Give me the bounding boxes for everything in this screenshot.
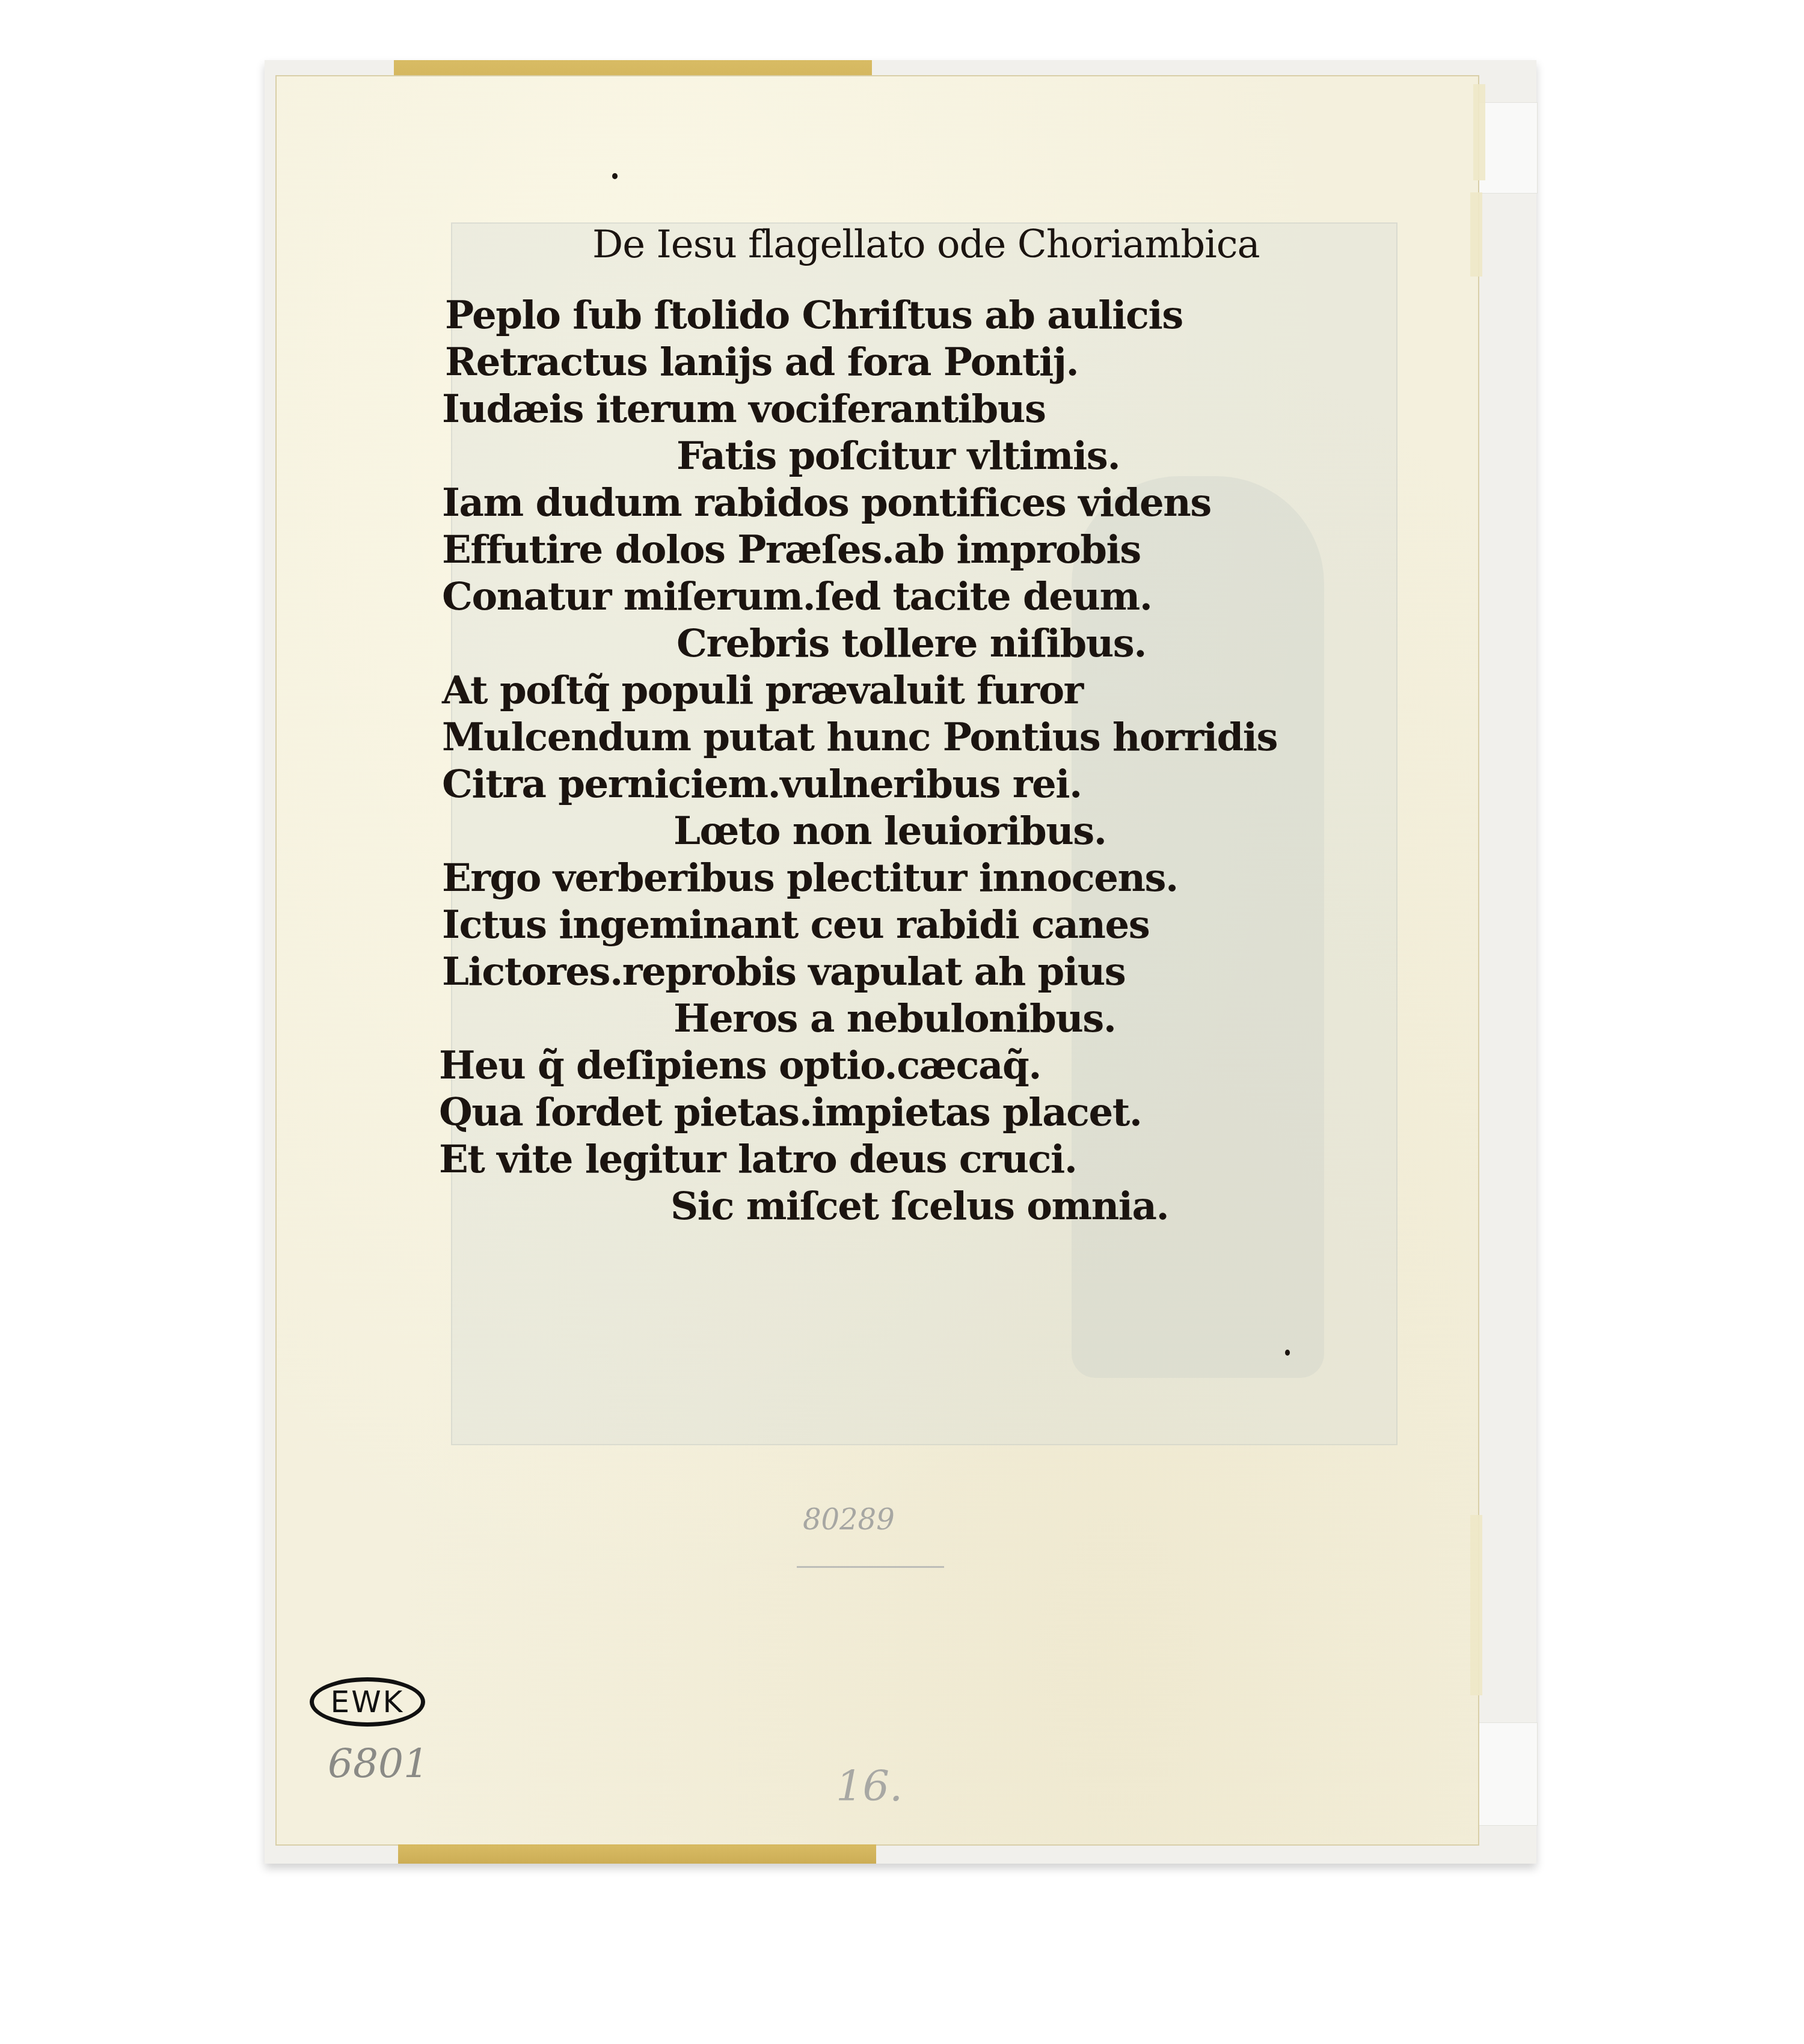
verse-line: Citra perniciem.vulneribus rei. [442, 762, 1082, 807]
cream-hinge-right-bottom [1470, 1515, 1482, 1695]
verse-line: Heros a nebulonibus. [673, 996, 1116, 1041]
verse-line: Et vite legitur latro deus cruci. [439, 1137, 1077, 1182]
ink-speck [612, 173, 618, 179]
cream-hinge-right-top [1473, 84, 1485, 180]
cream-hinge-top [1470, 192, 1482, 277]
verse-line: Iam dudum rabidos pontifices videns [442, 480, 1211, 525]
verse-line: Fatis poſcitur vltimis. [677, 433, 1120, 479]
verse-line: Effutire dolos Præſes.ab improbis [442, 527, 1141, 572]
ink-speck [1285, 1350, 1290, 1356]
verse-line: Mulcendum putat hunc Pontius horridis [442, 715, 1277, 760]
gold-tape-bottom [398, 1844, 876, 1864]
folio-number: 16. [836, 1761, 903, 1811]
verse-line: Sic miſcet ſcelus omnia. [670, 1184, 1168, 1229]
verse-line: Retractus lanijs ad fora Pontij. [445, 340, 1078, 385]
verse-line: Qua ſordet pietas.impietas placet. [439, 1090, 1142, 1135]
collector-stamp: EWK [310, 1677, 425, 1727]
pencil-underline [797, 1566, 944, 1568]
pencil-number: 80289 [803, 1503, 895, 1537]
verse-line: Ergo verberibus plectitur innocens. [442, 855, 1178, 901]
verse-line: Lœto non leuioribus. [673, 809, 1106, 854]
inventory-number: 6801 [328, 1740, 429, 1787]
verse-line: Lictores.reprobis vapulat ah pius [442, 949, 1125, 994]
verse-line: Crebris tollere niſibus. [677, 621, 1146, 666]
verse-line: Conatur miſerum.ſed tacite deum. [442, 574, 1152, 619]
verse-line: Peplo ſub ſtolido Chriſtus ab aulicis [445, 293, 1183, 338]
verse-line: Ictus ingeminant ceu rabidi canes [442, 902, 1149, 947]
poem-title: De Iesu flagellato ode Choriambica [592, 222, 1260, 267]
verse-line: At poſtq̃ populi prævaluit furor [442, 668, 1083, 713]
white-tape-bottom-right [1470, 1722, 1538, 1826]
verse-line: Iudæis iterum vociferantibus [442, 387, 1045, 432]
verse-line: Heu q̃ deſipiens optio.cæcaq̃. [439, 1043, 1041, 1088]
